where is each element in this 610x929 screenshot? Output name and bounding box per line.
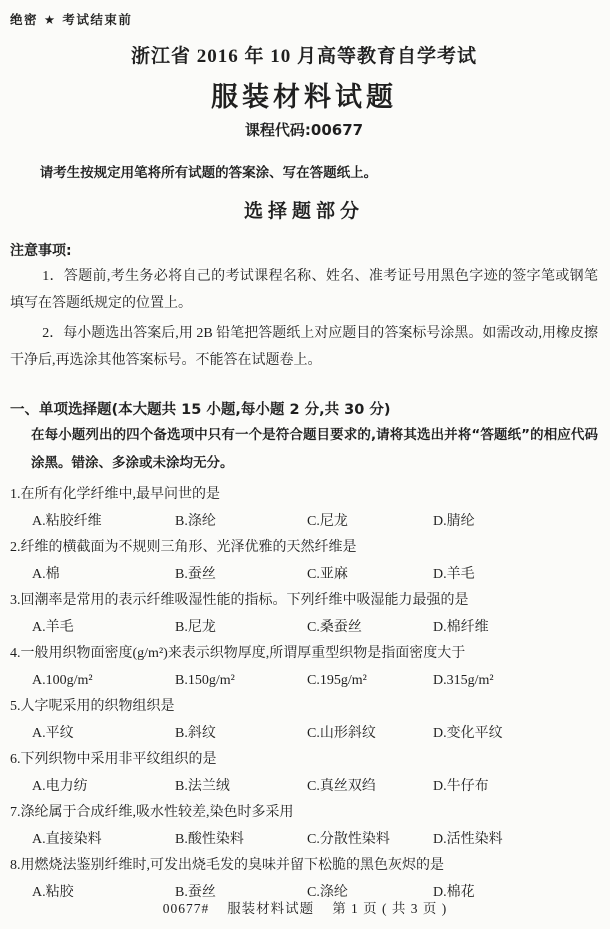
exam-paper-page: 绝密 ★ 考试结束前 浙江省 2016 年 10 月高等教育自学考试 服装材料试… xyxy=(0,0,610,929)
option-d: D.315g/m² xyxy=(433,668,598,695)
question-stem: 3.回潮率是常用的表示纤维吸湿性能的指标。下列纤维中吸湿能力最强的是 xyxy=(10,588,598,615)
question-number: 1. xyxy=(10,487,21,502)
option-d: D.活性染料 xyxy=(433,827,598,854)
option-a: A.电力纺 xyxy=(32,774,175,801)
question-text: 涤纶属于合成纤维,吸水性较差,染色时多采用 xyxy=(21,805,294,820)
question-text: 用燃烧法鉴别纤维时,可发出烧毛发的臭味并留下松脆的黑色灰烬的是 xyxy=(21,858,445,873)
question-options: A.棉 B.蚕丝 C.亚麻 D.羊毛 xyxy=(10,562,598,589)
question-5: 5.人字呢采用的织物组织是 A.平纹 B.斜纹 C.山形斜纹 D.变化平纹 xyxy=(10,694,598,747)
answer-sheet-instruction: 请考生按规定用笔将所有试题的答案涂、写在答题纸上。 xyxy=(10,161,598,181)
notice-item-1: 1．答题前,考生务必将自己的考试课程名称、姓名、准考证号用黑色字迹的签字笔或钢笔… xyxy=(10,263,598,317)
option-b: B.涤纶 xyxy=(175,509,307,536)
page-footer: 00677#服装材料试题第 1 页 ( 共 3 页 ) xyxy=(0,897,610,917)
notice-heading: 注意事项: xyxy=(10,240,598,260)
part-title: 选择题部分 xyxy=(10,196,598,223)
question-stem: 1.在所有化学纤维中,最早问世的是 xyxy=(10,482,598,509)
option-a: A.羊毛 xyxy=(32,615,175,642)
question-stem: 5.人字呢采用的织物组织是 xyxy=(10,694,598,721)
option-c: C.山形斜纹 xyxy=(307,721,433,748)
question-text: 下列织物中采用非平纹组织的是 xyxy=(21,752,217,767)
option-d: D.棉纤维 xyxy=(433,615,598,642)
option-c: C.桑蚕丝 xyxy=(307,615,433,642)
footer-page-info: 第 1 页 ( 共 3 页 ) xyxy=(332,901,447,916)
question-7: 7.涤纶属于合成纤维,吸水性较差,染色时多采用 A.直接染料 B.酸性染料 C.… xyxy=(10,800,598,853)
option-d: D.羊毛 xyxy=(433,562,598,589)
footer-course-code: 00677# xyxy=(163,901,210,916)
question-options: A.粘胶纤维 B.涤纶 C.尼龙 D.腈纶 xyxy=(10,509,598,536)
question-3: 3.回潮率是常用的表示纤维吸湿性能的指标。下列纤维中吸湿能力最强的是 A.羊毛 … xyxy=(10,588,598,641)
course-code: 课程代码:00677 xyxy=(10,119,598,140)
option-c: C.亚麻 xyxy=(307,562,433,589)
option-b: B.150g/m² xyxy=(175,668,307,695)
footer-paper-title: 服装材料试题 xyxy=(227,901,314,916)
option-c: C.尼龙 xyxy=(307,509,433,536)
question-text: 纤维的横截面为不规则三角形、光泽优雅的天然纤维是 xyxy=(21,540,357,555)
question-number: 5. xyxy=(10,699,21,714)
option-a: A.直接染料 xyxy=(32,827,175,854)
paper-title: 服装材料试题 xyxy=(10,75,598,114)
question-options: A.100g/m² B.150g/m² C.195g/m² D.315g/m² xyxy=(10,668,598,695)
option-a: A.平纹 xyxy=(32,721,175,748)
option-b: B.法兰绒 xyxy=(175,774,307,801)
question-options: A.羊毛 B.尼龙 C.桑蚕丝 D.棉纤维 xyxy=(10,615,598,642)
option-d: D.牛仔布 xyxy=(433,774,598,801)
option-b: B.斜纹 xyxy=(175,721,307,748)
classification-banner: 绝密 ★ 考试结束前 xyxy=(10,10,598,28)
question-list: 1.在所有化学纤维中,最早问世的是 A.粘胶纤维 B.涤纶 C.尼龙 D.腈纶 … xyxy=(10,482,598,906)
question-number: 8. xyxy=(10,858,21,873)
question-text: 一般用织物面密度(g/m²)来表示织物厚度,所谓厚重型织物是指面密度大于 xyxy=(21,646,466,661)
question-1: 1.在所有化学纤维中,最早问世的是 A.粘胶纤维 B.涤纶 C.尼龙 D.腈纶 xyxy=(10,482,598,535)
question-stem: 2.纤维的横截面为不规则三角形、光泽优雅的天然纤维是 xyxy=(10,535,598,562)
option-c: C.真丝双绉 xyxy=(307,774,433,801)
option-c: C.分散性染料 xyxy=(307,827,433,854)
option-b: B.酸性染料 xyxy=(175,827,307,854)
option-d: D.变化平纹 xyxy=(433,721,598,748)
question-options: A.电力纺 B.法兰绒 C.真丝双绉 D.牛仔布 xyxy=(10,774,598,801)
question-2: 2.纤维的横截面为不规则三角形、光泽优雅的天然纤维是 A.棉 B.蚕丝 C.亚麻… xyxy=(10,535,598,588)
question-number: 7. xyxy=(10,805,21,820)
question-number: 4. xyxy=(10,646,21,661)
question-text: 回潮率是常用的表示纤维吸湿性能的指标。下列纤维中吸湿能力最强的是 xyxy=(21,593,469,608)
question-stem: 8.用燃烧法鉴别纤维时,可发出烧毛发的臭味并留下松脆的黑色灰烬的是 xyxy=(10,853,598,880)
option-b: B.尼龙 xyxy=(175,615,307,642)
question-text: 在所有化学纤维中,最早问世的是 xyxy=(21,487,221,502)
question-stem: 4.一般用织物面密度(g/m²)来表示织物厚度,所谓厚重型织物是指面密度大于 xyxy=(10,641,598,668)
question-options: A.平纹 B.斜纹 C.山形斜纹 D.变化平纹 xyxy=(10,721,598,748)
question-text: 人字呢采用的织物组织是 xyxy=(21,699,175,714)
option-b: B.蚕丝 xyxy=(175,562,307,589)
option-c: C.195g/m² xyxy=(307,668,433,695)
question-number: 3. xyxy=(10,593,21,608)
question-options: A.直接染料 B.酸性染料 C.分散性染料 D.活性染料 xyxy=(10,827,598,854)
option-a: A.棉 xyxy=(32,562,175,589)
section-one-heading: 一、单项选择题(本大题共 15 小题,每小题 2 分,共 30 分) xyxy=(10,398,598,419)
question-stem: 6.下列织物中采用非平纹组织的是 xyxy=(10,747,598,774)
notice-item-2: 2．每小题选出答案后,用 2B 铅笔把答题纸上对应题目的答案标号涂黑。如需改动,… xyxy=(10,320,598,374)
exam-title: 浙江省 2016 年 10 月高等教育自学考试 xyxy=(10,41,598,68)
question-stem: 7.涤纶属于合成纤维,吸水性较差,染色时多采用 xyxy=(10,800,598,827)
question-4: 4.一般用织物面密度(g/m²)来表示织物厚度,所谓厚重型织物是指面密度大于 A… xyxy=(10,641,598,694)
section-one-instruction: 在每小题列出的四个备选项中只有一个是符合题目要求的,请将其选出并将“答题纸”的相… xyxy=(10,422,598,477)
question-number: 2. xyxy=(10,540,21,555)
option-d: D.腈纶 xyxy=(433,509,598,536)
option-a: A.100g/m² xyxy=(32,668,175,695)
question-number: 6. xyxy=(10,752,21,767)
question-6: 6.下列织物中采用非平纹组织的是 A.电力纺 B.法兰绒 C.真丝双绉 D.牛仔… xyxy=(10,747,598,800)
option-a: A.粘胶纤维 xyxy=(32,509,175,536)
